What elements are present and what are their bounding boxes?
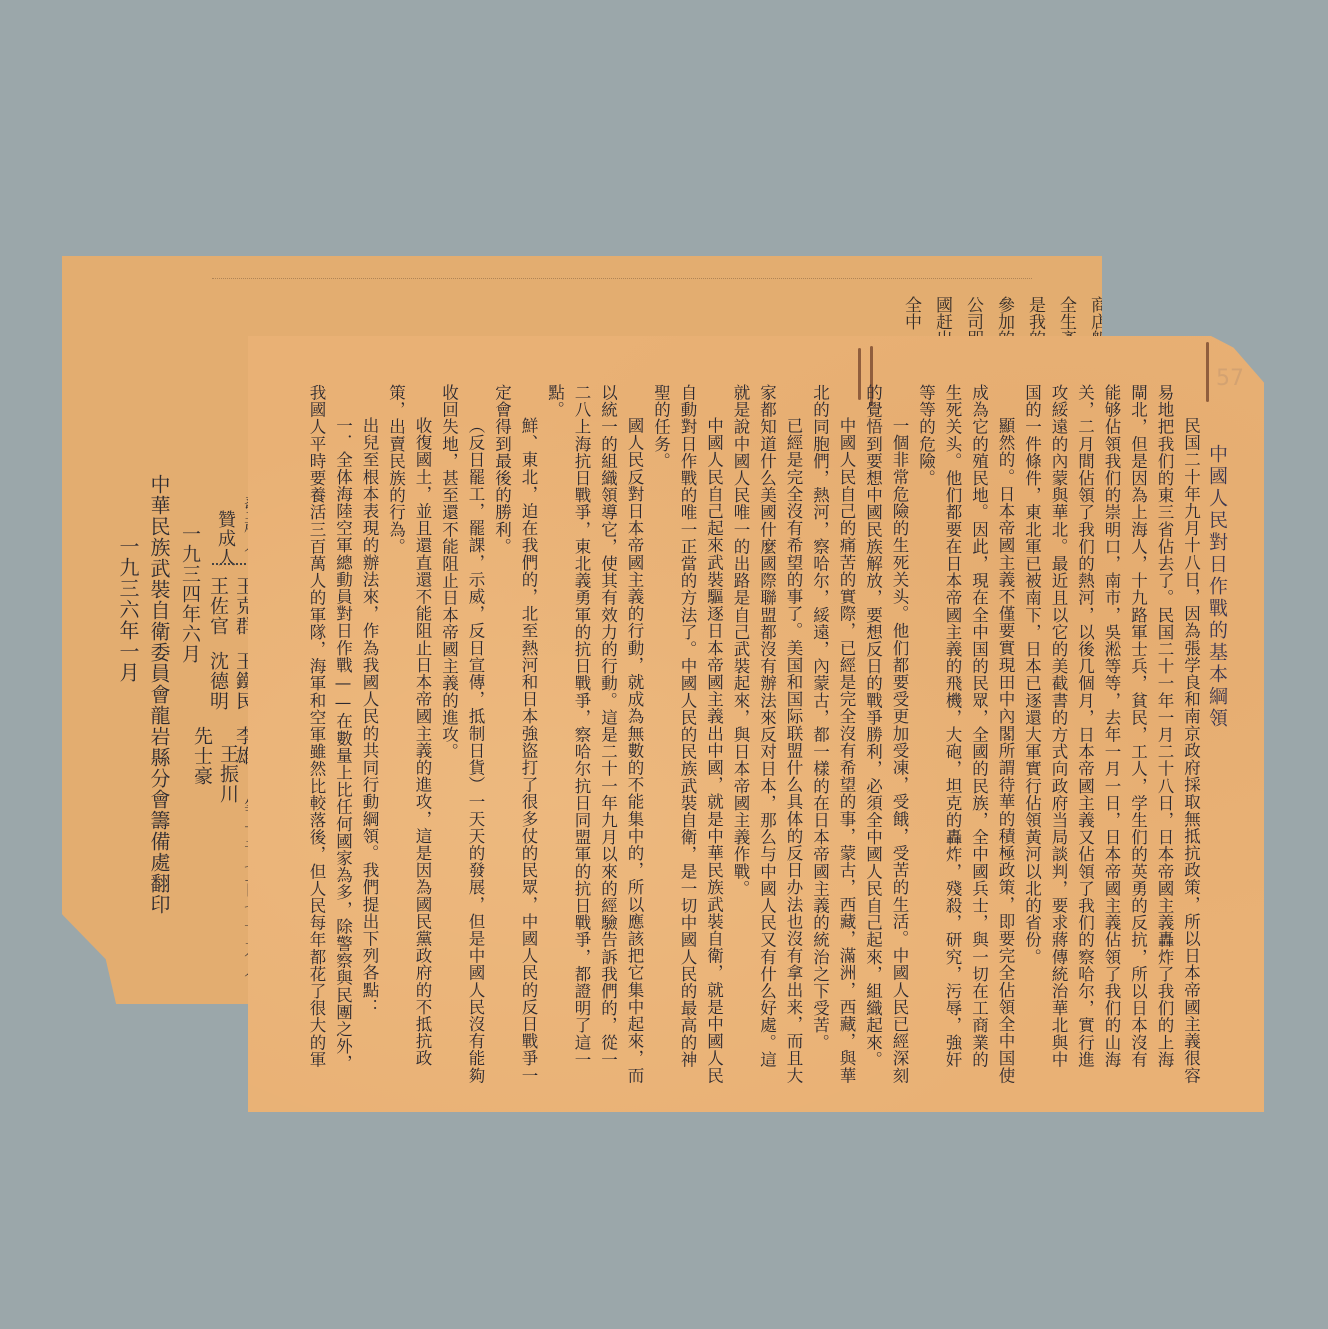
front-document-sheet: 57 中國人民對日作戰的基本綱領 民国二十年九月十八日，因為張学良和南京政府採取…	[248, 336, 1264, 1112]
signer-name: 先士豪	[188, 726, 215, 786]
paragraph: 一個非常危險的生死关头。他们都要受更加受凍，受餓，受苦的生活。中國人民已經深刻的…	[859, 384, 912, 1084]
paragraph: 鮮、東北，迫在我們的，北至熱河和日本強盜打了很多仗的民眾，中國人民的反日戰爭一定…	[488, 384, 541, 1084]
paragraph: 已經是完全沒有希望的事了。美国和国际联盟什么具体的反日办法也沒有拿出来，而且大家…	[727, 384, 807, 1084]
signer-name: 王佐官	[204, 576, 231, 636]
endorsers-label: 贊成人	[212, 510, 239, 567]
document-title: 中國人民對日作戰的基本綱領	[1204, 384, 1231, 1084]
signer-name: 王振川	[214, 744, 241, 804]
paragraph: 出兒至根本表現的辦法來，作為我國人民的共同行動綱領。我們提出下列各點：	[356, 384, 383, 1084]
dotted-divider	[212, 563, 254, 565]
signer-name: 沈德明	[204, 651, 231, 711]
paragraph: 收復國土，並且還直還不能阻止日本帝國主義的進攻，這是因為國民黨政府的不抵抗政策，…	[382, 384, 435, 1084]
paragraph: 中國人民自己起來武裝驅逐日本帝國主義出中國，就是中華民族武裝自衛，就是中國人民自…	[647, 384, 727, 1084]
paragraph: 民国二十年九月十八日，因為張学良和南京政府採取無抵抗政策，所以日本帝國主義很容易…	[1018, 384, 1204, 1084]
section-1: 一．全体海陸空軍總動員對日作戰——在數量上比任何國家為多，除警察與民團之外，我國…	[300, 384, 356, 1084]
paragraph: 國人民反對日本帝國主義的行動，就成為無數的不能集中的，所以應該把它集中起來，而以…	[541, 384, 647, 1084]
date-1936: 一九三六年一月	[114, 536, 141, 683]
paragraph: 顯然的。日本帝國主義不僅要實現田中內閣所謂待華的積極政策，即要完全佔領全中国使成…	[912, 384, 1018, 1084]
faded-header-line	[212, 278, 1032, 280]
fragment-col: 商店	[1084, 296, 1109, 330]
fragment-col: 公司	[960, 296, 985, 330]
fragment-col: 全中	[898, 296, 923, 330]
paragraph: （反日罷工，罷課，示威，反日宣傳，抵制日貨）一天天的發展，但是中國人民沒有能夠收…	[435, 384, 488, 1084]
paragraph: 中國人民自己的痛苦的實際，已經是完全沒有希望的事，蒙古，西藏，滿洲，西藏，與華北…	[806, 384, 859, 1084]
front-document-body: 中國人民對日作戰的基本綱領 民国二十年九月十八日，因為張学良和南京政府採取無抵抗…	[300, 384, 1230, 1084]
date-1934: 一九三四年六月	[176, 524, 203, 664]
publisher: 中華民族武裝自衛委員會龍岩縣分會籌備處翻印	[144, 474, 174, 915]
